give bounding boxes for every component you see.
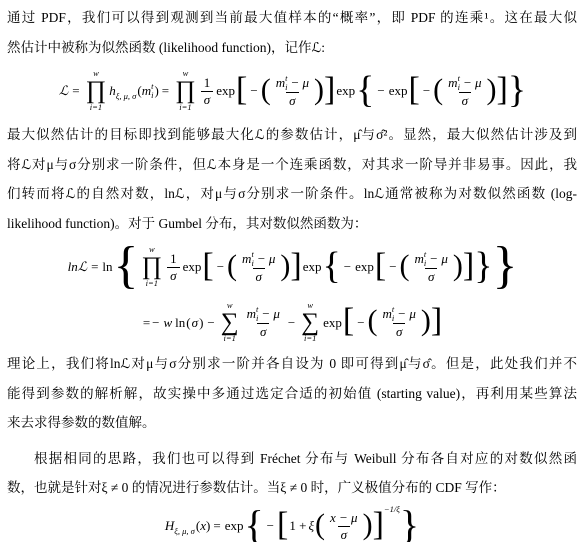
denominator-sigma: σ xyxy=(167,267,179,284)
denominator-sigma: σ xyxy=(201,91,213,108)
text-line: 根据相同的思路，我们也可以得到 Fréchet 分布与 Weibull 分布各自… xyxy=(7,444,577,474)
numerator: mti− μ xyxy=(445,74,484,92)
h-function: hξ, μ, σ xyxy=(109,83,137,99)
product-symbol: ∏ xyxy=(86,79,107,103)
equals-sign: = xyxy=(91,259,98,275)
open-brace: { xyxy=(356,72,374,108)
fraction-one-over-sigma: 1σ xyxy=(167,251,180,283)
open-paren: ( xyxy=(368,307,378,336)
script-L: ℒ xyxy=(59,83,68,99)
lower-limit: i=1 xyxy=(90,103,102,113)
close-paren: ) xyxy=(206,518,210,534)
minus-mu: − μ xyxy=(463,75,482,91)
exp-token: exp xyxy=(336,83,355,99)
minus-mu: − μ xyxy=(261,306,280,322)
sup-sub-ti: ti xyxy=(458,74,460,92)
close-bracket: ] xyxy=(497,74,508,106)
exp-token: exp xyxy=(355,259,374,275)
open-bracket: [ xyxy=(236,74,247,106)
sum-operator: w∑i=1 xyxy=(301,301,319,344)
close-brace: } xyxy=(492,241,517,290)
close-paren: ) xyxy=(487,76,497,105)
close-paren: ) xyxy=(314,76,324,105)
open-bracket: [ xyxy=(409,74,420,106)
close-paren: ) xyxy=(421,307,431,336)
m-variable: m xyxy=(247,306,256,322)
paragraph-1: 通过 PDF，我们可以得到观测到当前最大值样本的“概率”，即 PDF 的连乘¹。… xyxy=(7,3,577,62)
product-operator: w∏i=1 xyxy=(86,69,107,112)
numerator: x − μ xyxy=(327,510,361,526)
lower-limit: i=1 xyxy=(146,279,158,289)
equals-sign: = xyxy=(162,83,169,99)
m-variable: m xyxy=(276,75,285,91)
close-paren: ) xyxy=(453,252,463,281)
open-bracket: [ xyxy=(202,250,213,282)
sigma-variable: σ xyxy=(192,315,198,331)
m-variable: m xyxy=(383,306,392,322)
denominator-sigma: σ xyxy=(286,92,298,109)
subscript-i: i xyxy=(458,83,460,92)
minus-sign: − xyxy=(250,83,257,99)
m-variable: m xyxy=(242,251,251,267)
formula-log-likelihood-line2: = − w ln ( σ ) − w∑i=1 mti− μσ − w∑i=1 e… xyxy=(7,296,577,349)
minus-sign: − xyxy=(389,259,396,275)
xi-variable: ξ xyxy=(308,518,314,534)
fraction: mti− μσ xyxy=(445,74,484,108)
open-brace: { xyxy=(322,248,340,284)
minus-sign: − xyxy=(377,83,384,99)
exp-token: exp xyxy=(303,259,322,275)
equals-sign: = xyxy=(213,518,220,534)
close-brace: } xyxy=(400,506,419,542)
close-bracket: ] xyxy=(431,305,442,337)
fraction: mti− μσ xyxy=(412,250,451,284)
fraction: x − μσ xyxy=(327,510,361,542)
product-operator: w∏i=1 xyxy=(142,245,163,288)
close-paren: ) xyxy=(363,511,373,540)
exp-token: exp xyxy=(216,83,235,99)
m-variable: m xyxy=(415,251,424,267)
close-bracket: ] xyxy=(373,509,384,541)
numerator: mti− μ xyxy=(239,250,278,268)
formula-likelihood: ℒ = w∏i=1 hξ, μ, σ ( mti ) = w∏i=1 1σ ex… xyxy=(7,62,577,120)
denominator-sigma: σ xyxy=(253,268,265,285)
paragraph-4: 根据相同的思路，我们也可以得到 Fréchet 分布与 Weibull 分布各自… xyxy=(7,444,577,503)
sup-sub-ti: ti xyxy=(424,250,426,268)
minus-sign: − xyxy=(217,259,224,275)
parameter-subscript: ξ, μ, σ xyxy=(116,91,137,101)
paragraph-2: 最大似然估计的目标即找到能够最大化ℒ的参数估计，μ̂与σ̂²。显然，最大似然估计… xyxy=(7,120,577,238)
close-paren: ) xyxy=(199,315,203,331)
formula-log-likelihood-line1: lnℒ = ln { w∏i=1 1σ exp [ − ( mti− μσ ) … xyxy=(7,238,577,296)
exp-token: exp xyxy=(323,315,342,331)
sum-symbol: ∑ xyxy=(301,311,319,335)
exp-token: exp xyxy=(183,259,202,275)
open-bracket: [ xyxy=(277,509,288,541)
exponent-neg-recip-xi: −1/ξ xyxy=(384,504,400,514)
text-line: 数，也就是针对ξ ≠ 0 的情况进行参数估计。当ξ ≠ 0 时，广义极值分布的 … xyxy=(7,473,577,503)
close-paren: ) xyxy=(154,83,158,99)
one: 1 xyxy=(170,251,177,267)
sup-sub-ti: ti xyxy=(251,250,253,268)
numerator: mti− μ xyxy=(412,250,451,268)
ln-token: ln xyxy=(175,315,185,331)
close-bracket: ] xyxy=(290,250,301,282)
subscript-i: i xyxy=(392,314,394,323)
close-bracket: ] xyxy=(324,74,335,106)
numerator: mti− μ xyxy=(380,305,419,323)
equals-sign: = xyxy=(143,315,150,331)
minus-mu: − μ xyxy=(397,306,416,322)
open-brace: { xyxy=(244,506,263,542)
open-paren: ( xyxy=(433,76,443,105)
text-line: 将ℒ对μ与σ分别求一阶条件，但ℒ本身是一个连乘函数，对其求一阶导并非易事。因此，… xyxy=(7,150,577,180)
open-paren: ( xyxy=(261,76,271,105)
sum-symbol: ∑ xyxy=(221,311,239,335)
minus-mu: − μ xyxy=(257,251,276,267)
fraction-one-over-sigma: 1σ xyxy=(201,75,214,107)
sup-sub-ti: ti xyxy=(256,305,258,323)
exp-token: exp xyxy=(225,518,244,534)
text-line: likelihood function)。对于 Gumbel 分布，其对数似然函… xyxy=(7,209,577,239)
lower-limit: i=1 xyxy=(223,334,235,344)
denominator-sigma: σ xyxy=(425,268,437,285)
minus-sign: − xyxy=(344,259,351,275)
close-bracket: ] xyxy=(463,250,474,282)
subscript-i: i xyxy=(251,259,253,268)
text-line: 然估计中被称为似然函数 (likelihood function)，记作ℒ: xyxy=(7,33,577,63)
sum-operator: w∑i=1 xyxy=(221,301,239,344)
m-variable: m xyxy=(448,75,457,91)
x-minus-mu: x − μ xyxy=(330,510,358,526)
w-variable: w xyxy=(164,315,173,331)
H-function: Hξ, μ, σ xyxy=(165,518,196,534)
one-plus: 1 + xyxy=(289,518,306,534)
fraction: mti− μσ xyxy=(273,74,312,108)
minus-sign: − xyxy=(423,83,430,99)
subscript-i: i xyxy=(285,83,287,92)
sup-sub-ti: ti xyxy=(151,82,153,100)
minus-sign: − xyxy=(152,315,159,331)
text-line: 来去求得参数的数值解。 xyxy=(7,408,577,438)
formula-gev-cdf: Hξ, μ, σ ( x ) = exp { − [ 1 + ξ ( x − μ… xyxy=(7,503,577,542)
sup-sub-ti: ti xyxy=(392,305,394,323)
product-operator: w∏i=1 xyxy=(175,69,196,112)
text-line: 通过 PDF，我们可以得到观测到当前最大值样本的“概率”，即 PDF 的连乘¹。… xyxy=(7,3,577,33)
fraction: mti− μσ xyxy=(244,305,283,339)
m-variable: m xyxy=(142,83,151,99)
product-symbol: ∏ xyxy=(142,255,163,279)
text-line: 理论上，我们将lnℒ对μ与σ分别求一阶并各自设为 0 即可得到μ̂与σ̂。但是，… xyxy=(7,349,577,379)
numerator-one: 1 xyxy=(167,251,180,267)
open-paren: ( xyxy=(400,252,410,281)
denominator-sigma: σ xyxy=(393,323,405,340)
open-brace: { xyxy=(114,241,139,290)
open-paren: ( xyxy=(315,511,325,540)
exp-token: exp xyxy=(389,83,408,99)
one: 1 xyxy=(204,75,211,91)
numerator: mti− μ xyxy=(273,74,312,92)
close-brace: } xyxy=(508,72,526,108)
close-paren: ) xyxy=(280,252,290,281)
H-variable: H xyxy=(165,518,174,534)
fraction: mti− μσ xyxy=(380,305,419,339)
paragraph-3: 理论上，我们将lnℒ对μ与σ分别求一阶并各自设为 0 即可得到μ̂与σ̂。但是，… xyxy=(7,349,577,438)
text-line: 最大似然估计的目标即找到能够最大化ℒ的参数估计，μ̂与σ̂²。显然，最大似然估计… xyxy=(7,120,577,150)
minus-mu: − μ xyxy=(290,75,309,91)
text-line: 能得到参数的解析解，故实操中多通过选定合适的初始值 (starting valu… xyxy=(7,379,577,409)
denominator-sigma: σ xyxy=(257,323,269,340)
ln-token: ln xyxy=(102,259,112,275)
subscript-i: i xyxy=(424,259,426,268)
numerator-one: 1 xyxy=(201,75,214,91)
denominator-sigma: σ xyxy=(338,526,350,542)
open-paren: ( xyxy=(186,315,190,331)
minus-mu: − μ xyxy=(429,251,448,267)
numerator: mti− μ xyxy=(244,305,283,323)
minus-sign: − xyxy=(288,315,295,331)
document-page: 通过 PDF，我们可以得到观测到当前最大值样本的“概率”，即 PDF 的连乘¹。… xyxy=(0,0,585,542)
ln-L-token: lnℒ xyxy=(68,259,87,275)
m-sample: mti xyxy=(142,82,155,100)
denominator-sigma: σ xyxy=(459,92,471,109)
open-bracket: [ xyxy=(375,250,386,282)
subscript-i: i xyxy=(256,314,258,323)
minus-sign: − xyxy=(207,315,214,331)
subscript-i: i xyxy=(151,91,153,100)
sup-sub-ti: ti xyxy=(285,74,287,92)
open-bracket: [ xyxy=(343,305,354,337)
minus-sign: − xyxy=(267,518,274,534)
parameter-subscript: ξ, μ, σ xyxy=(174,526,195,536)
open-paren: ( xyxy=(227,252,237,281)
close-brace: } xyxy=(474,248,492,284)
lower-limit: i=1 xyxy=(304,334,316,344)
lower-limit: i=1 xyxy=(179,103,191,113)
text-line: 们转而将ℒ的自然对数，lnℒ，对μ与σ分别求一阶条件。lnℒ通常被称为对数似然函… xyxy=(7,179,577,209)
minus-sign: − xyxy=(357,315,364,331)
product-symbol: ∏ xyxy=(175,79,196,103)
equals-sign: = xyxy=(72,83,79,99)
fraction: mti− μσ xyxy=(239,250,278,284)
